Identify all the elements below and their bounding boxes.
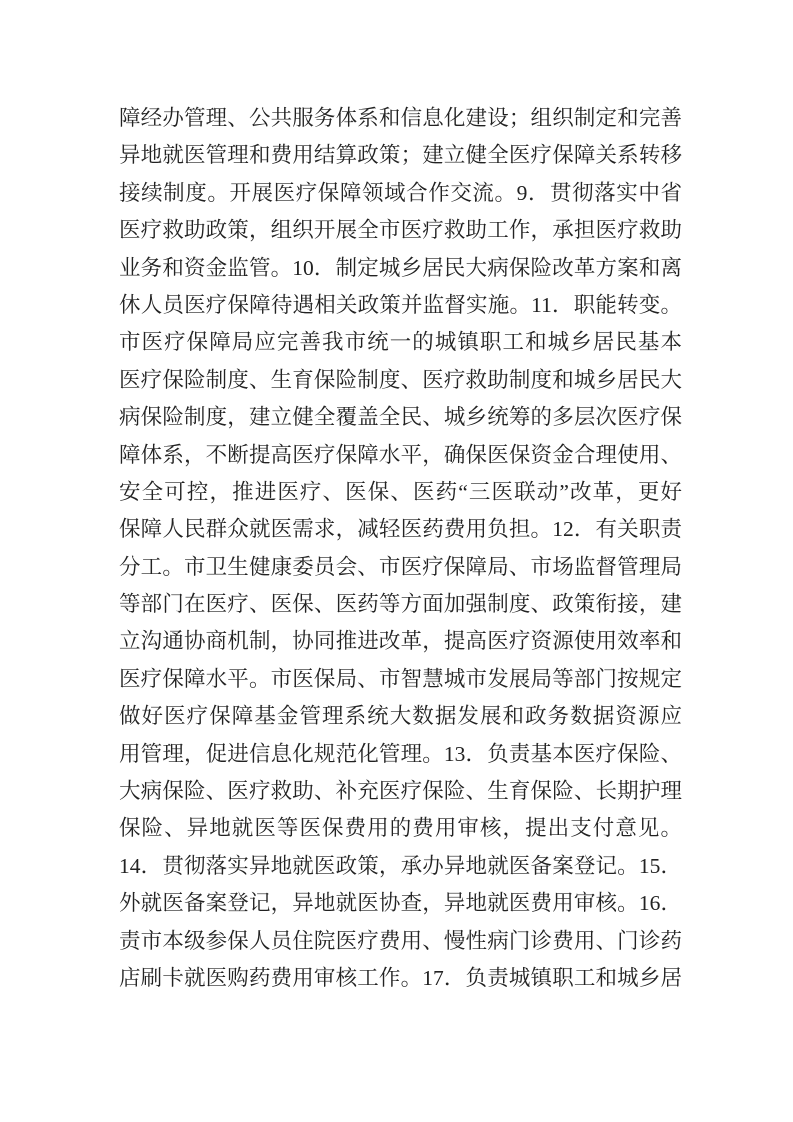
text-line: 保障人民群众就医需求，减轻医药费用负担。12．有关职责 <box>119 511 682 548</box>
text-line: 保险、异地就医等医保费用的费用审核，提出支付意见。 <box>119 810 682 847</box>
text-line: 接续制度。开展医疗保障领域合作交流。9．贯彻落实中省 <box>119 175 682 212</box>
text-line: 做好医疗保障基金管理系统大数据发展和政务数据资源应 <box>119 698 682 735</box>
text-line: 休人员医疗保障待遇相关政策并监督实施。11．职能转变。 <box>119 287 682 324</box>
text-line: 大病保险、医疗救助、补充医疗保险、生育保险、长期护理 <box>119 773 682 810</box>
text-line: 障经办管理、公共服务体系和信息化建设；组织制定和完善 <box>119 100 682 137</box>
text-line: 安全可控，推进医疗、医保、医药“三医联动”改革，更好 <box>119 474 682 511</box>
text-line: 责市本级参保人员住院医疗费用、慢性病门诊费用、门诊药 <box>119 923 682 960</box>
document-text-block: 障经办管理、公共服务体系和信息化建设；组织制定和完善异地就医管理和费用结算政策；… <box>119 100 682 997</box>
text-line: 分工。市卫生健康委员会、市医疗保障局、市场监督管理局 <box>119 549 682 586</box>
text-line: 14．贯彻落实异地就医政策，承办异地就医备案登记。15．转 <box>119 848 682 885</box>
document-page: 障经办管理、公共服务体系和信息化建设；组织制定和完善异地就医管理和费用结算政策；… <box>0 0 793 1122</box>
text-line: 障体系，不断提高医疗保障水平，确保医保资金合理使用、 <box>119 437 682 474</box>
text-line: 店刷卡就医购药费用审核工作。17．负责城镇职工和城乡居 <box>119 960 682 997</box>
text-line: 业务和资金监管。10．制定城乡居民大病保险改革方案和离 <box>119 250 682 287</box>
text-line: 等部门在医疗、医保、医药等方面加强制度、政策衔接，建 <box>119 586 682 623</box>
text-line: 医疗救助政策，组织开展全市医疗救助工作，承担医疗救助 <box>119 212 682 249</box>
text-line: 医疗保险制度、生育保险制度、医疗救助制度和城乡居民大 <box>119 362 682 399</box>
text-line: 异地就医管理和费用结算政策；建立健全医疗保障关系转移 <box>119 137 682 174</box>
text-line: 病保险制度，建立健全覆盖全民、城乡统筹的多层次医疗保 <box>119 399 682 436</box>
text-line: 外就医备案登记，异地就医协查，异地就医费用审核。16．负 <box>119 885 682 922</box>
text-line: 医疗保障水平。市医保局、市智慧城市发展局等部门按规定 <box>119 661 682 698</box>
text-line: 立沟通协商机制，协同推进改革，提高医疗资源使用效率和 <box>119 623 682 660</box>
text-line: 用管理，促进信息化规范化管理。13．负责基本医疗保险、 <box>119 736 682 773</box>
text-line: 市医疗保障局应完善我市统一的城镇职工和城乡居民基本 <box>119 324 682 361</box>
